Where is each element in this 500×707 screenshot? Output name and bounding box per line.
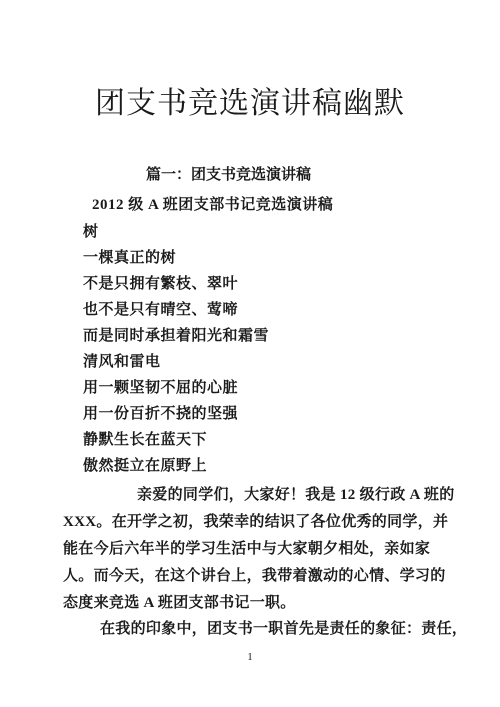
poem-line: 用一份百折不挠的坚强 (83, 401, 269, 427)
poem-line: 用一颗坚韧不屈的心脏 (83, 375, 269, 401)
section-heading: 篇一：团支书竞选演讲稿 (146, 164, 311, 186)
poem-line: 树 (83, 219, 269, 245)
document-title: 团支书竞选演讲稿幽默 (0, 84, 500, 124)
body-line: 能在今后六年半的学习生活中与大家朝夕相处，亲如家 (63, 536, 455, 563)
poem-line: 一棵真正的树 (83, 245, 269, 271)
poem-line: 静默生长在蓝天下 (83, 427, 269, 453)
paragraph-2: 在我的印象中，团支书一职首先是责任的象征：责任， (63, 616, 467, 643)
body-line: 人。而今天，在这个讲台上，我带着激动的心情、学习的 (63, 563, 455, 590)
document-page: { "document": { "title": "团支书竞选演讲稿幽默", "… (0, 0, 500, 707)
page-number: 1 (0, 650, 500, 664)
poem-line: 不是只拥有繁枝、翠叶 (83, 271, 269, 297)
body-line: 在我的印象中，团支书一职首先是责任的象征：责任， (63, 616, 467, 643)
subheading: 2012 级 A 班团支部书记竞选演讲稿 (92, 193, 333, 217)
paragraph-1: 亲爱的同学们，大家好！我是 12 级行政 A 班的 XXX。在开学之初，我荣幸的… (63, 482, 455, 617)
body-line: 亲爱的同学们，大家好！我是 12 级行政 A 班的 (63, 482, 455, 509)
poem-line: 清风和雷电 (83, 349, 269, 375)
body-line: 态度来竞选 A 班团支部书记一职。 (63, 590, 455, 617)
poem-line: 傲然挺立在原野上 (83, 453, 269, 479)
body-line: XXX。在开学之初，我荣幸的结识了各位优秀的同学，并 (63, 509, 455, 536)
poem-block: 树 一棵真正的树 不是只拥有繁枝、翠叶 也不是只有晴空、莺啼 而是同时承担着阳光… (83, 219, 269, 479)
poem-line: 而是同时承担着阳光和霜雪 (83, 323, 269, 349)
poem-line: 也不是只有晴空、莺啼 (83, 297, 269, 323)
